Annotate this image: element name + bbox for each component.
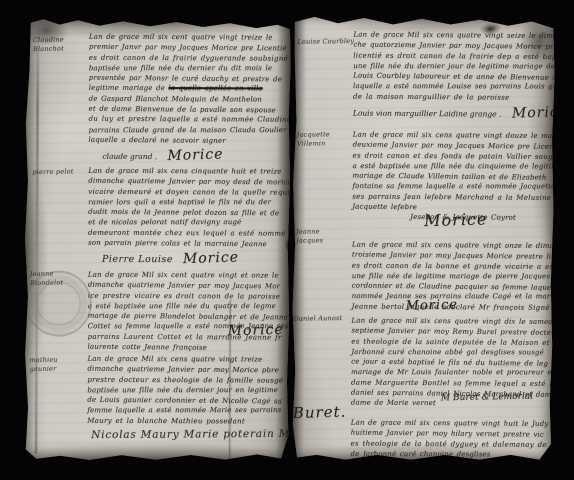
struck-text: la quelle apellée en ville xyxy=(168,85,262,93)
signature-morice: Morice xyxy=(167,147,224,165)
signature-morice: Morice xyxy=(405,297,458,313)
baptism-names: Pierre Louise xyxy=(102,254,173,265)
signature-morice: Morice xyxy=(511,104,567,122)
margin-note: Jacquette Villemin xyxy=(297,130,349,148)
handwritten-line: es theologie de la sainte deputée de la … xyxy=(351,336,551,348)
register-entry: Lan de grace mil six cent quatre vingt t… xyxy=(88,32,289,164)
signature-row: claude grand . Morice xyxy=(102,147,288,164)
right-page: Louise Courbley Jacquette Villemin Jeann… xyxy=(290,13,555,462)
left-page: Claudine Blanchot pierre pelot Jeanne Bl… xyxy=(23,17,291,461)
signature-row: Louis vion marguillier Laidine grange . … xyxy=(353,104,553,121)
handwritten-line: premier Janvr par moy Jacques Morice pre… xyxy=(89,42,289,54)
handwritten-line: mariage de Mr Louis faulanter noble et p… xyxy=(351,368,551,379)
handwritten-line: es droit canon de la frairie dyguerande … xyxy=(89,52,289,63)
line-text: legitime mariage de xyxy=(89,84,169,92)
margin-note: Louise Courbley xyxy=(297,37,355,46)
handwritten-line: laurente cotte Jeanne françoise xyxy=(87,342,287,354)
margin-note: Daniel Aunost xyxy=(293,314,345,323)
margin-note: pierre pelot xyxy=(32,167,84,176)
handwritten-line: licentié es droit canon de la frairie de… xyxy=(353,50,553,62)
handwritten-line: Maury et la blanche Mathieu possedant xyxy=(87,415,287,426)
signature-buret: Buret. xyxy=(293,403,347,422)
handwritten-line: baptisée une fille née du dernier jour e… xyxy=(87,385,287,395)
margin-note: mathieu gaunier xyxy=(29,355,81,373)
handwritten-line: de Jarbonné curé chanoine desglises xyxy=(350,449,550,460)
handwritten-line: et de nicolas pelorat natif davigny augé xyxy=(88,218,288,228)
register-entry: Lan de grace mil six cens quatre vingt h… xyxy=(350,417,550,460)
handwritten-line: parrains Claude grand de la maison Claud… xyxy=(88,125,288,135)
register-entry: Lan de grace Mil six cent quatre vingt e… xyxy=(88,270,288,353)
handwritten-line: es theologie de la bonté dyguey et dalem… xyxy=(351,438,551,450)
handwritten-line: ramier lors quil a esté baptisé le fils … xyxy=(88,197,288,207)
handwritten-line: prestre docteur es theologie de la famil… xyxy=(87,374,287,385)
handwritten-line: fontaine sa femme laquelle a esté nommée… xyxy=(352,182,552,193)
handwritten-line: a esté baptisée une fille née du quatre … xyxy=(88,301,288,311)
signature-morice: Morice xyxy=(424,209,488,230)
handwritten-line: dimanche quatrieme Janvier par moy desd … xyxy=(88,176,288,188)
signature-row: Pierre Louise Morice xyxy=(102,250,288,267)
handwritten-line: es droit canon de la bonne et grande vic… xyxy=(352,260,552,272)
handwritten-line: ice prestre vicaire es droit canon de la… xyxy=(88,290,288,301)
handwritten-line: son parrain pierre colas et la marraine … xyxy=(88,238,288,250)
handwritten-line: femme laquelle a esté nommée Marie ses p… xyxy=(87,406,287,416)
signature-morice: Morice xyxy=(183,250,240,268)
page-edge-crease xyxy=(35,23,39,453)
handwritten-line: dimanche quatrieme Janvier par moy Jacqu… xyxy=(88,280,288,292)
handwritten-line: et de dame Bienvenue de la pavalle son e… xyxy=(89,104,289,116)
handwritten-line: laquelle a declaré ne scavoir signer xyxy=(88,135,288,147)
handwritten-line: de la maison marguillier de la paroisse xyxy=(353,91,553,103)
scan-background: Claudine Blanchot pierre pelot Jeanne Bl… xyxy=(0,0,574,480)
handwritten-line: presentée par Monsr le curé dauchy et pr… xyxy=(89,73,289,85)
handwritten-line: vicaire demeuré et doyen canon de la que… xyxy=(88,186,288,197)
handwritten-line: laquelle a esté nommée Louise ses parrai… xyxy=(353,82,553,93)
register-entry: Lan de grace mil six cens cinquante huit… xyxy=(88,166,288,267)
archive-stamp xyxy=(26,270,92,336)
handwritten-line: du luy et prestre laquelle a esté nommée… xyxy=(89,114,289,125)
handwritten-line-struck: legitime mariage de la quelle apellée en… xyxy=(89,83,289,94)
godparent-name: claude grand . xyxy=(102,152,157,161)
register-entry: Lan de grace Mil six cens quatre vingt t… xyxy=(87,354,287,427)
signature-buret-names: M Buret & Lemorlal xyxy=(441,392,533,404)
handwritten-line: es droit canon et des fonds de patain Va… xyxy=(353,150,553,162)
handwritten-line: baptisée une fille née du dernier du dit… xyxy=(89,63,289,73)
handwritten-line: dimanche quatrieme Janvier par moy Moric… xyxy=(87,364,287,376)
signature-morice: Morice xyxy=(227,322,284,340)
register-entry: Lan de grace Mil six cens quatre vingt s… xyxy=(353,30,554,121)
godparent-name: Louis vion marguillier Laidine grange . xyxy=(353,109,502,119)
margin-note: Jeanne Jacques xyxy=(296,227,348,245)
margin-note: Claudine Blanchot xyxy=(33,35,85,53)
